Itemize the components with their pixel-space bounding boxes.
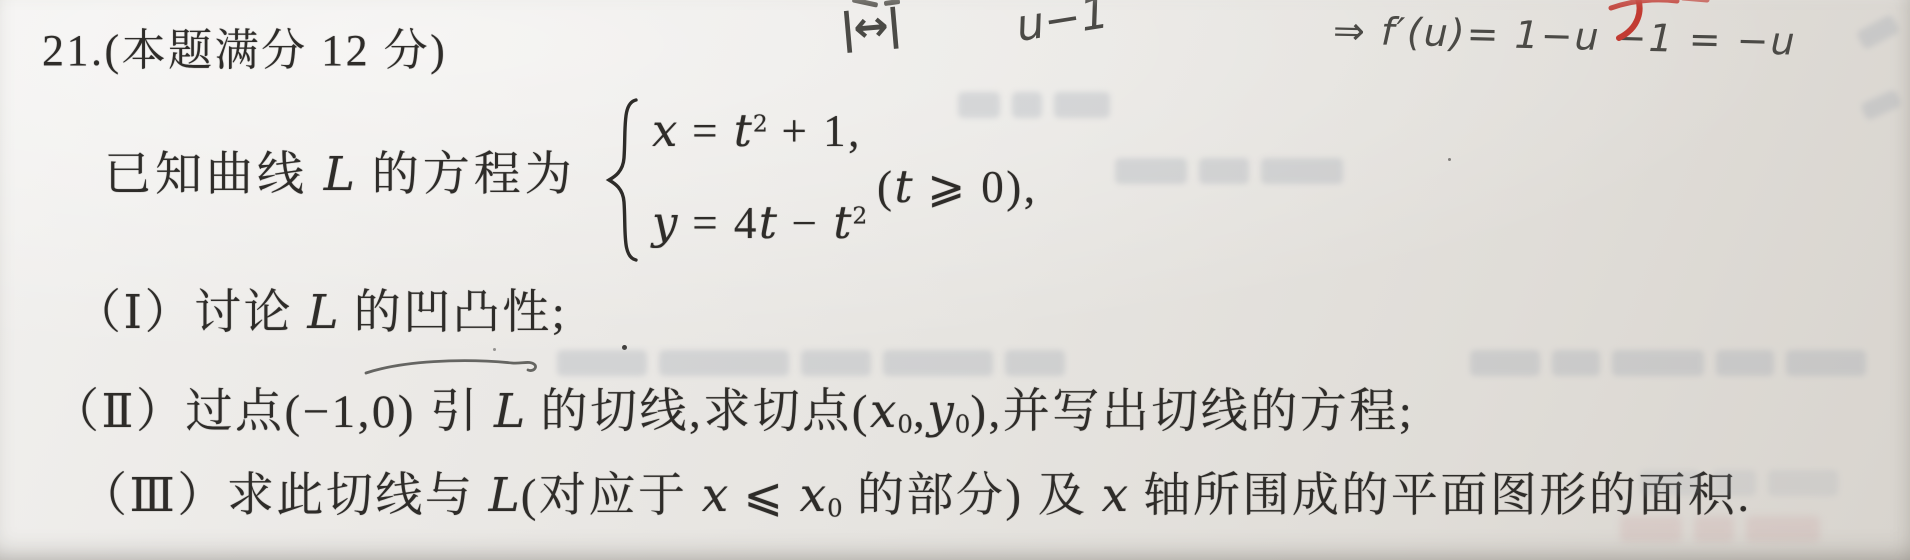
- paper-speck: [1448, 158, 1451, 161]
- bleed-through-ghost: [1856, 14, 1901, 50]
- system-brace: [604, 97, 644, 263]
- text-segment: t: [895, 160, 914, 213]
- statement-intro: 已知曲线 L 的方程为: [104, 149, 576, 202]
- text-segment: x: [652, 104, 678, 157]
- text-segment: −: [778, 198, 833, 248]
- text-segment: x: [870, 384, 898, 439]
- handwritten-mark-left: |↔|: [838, 0, 902, 54]
- bleed-through-ghost: [557, 350, 1065, 376]
- text-segment: ,: [913, 386, 927, 438]
- bleed-through-ghost: [1860, 89, 1902, 121]
- text-segment: （Ⅲ）求此切线与: [80, 470, 489, 522]
- text-segment: =: [678, 106, 733, 156]
- part-3: （Ⅲ）求此切线与 L(对应于 x ⩽ x0 的部分) 及 x 轴所围成的平面图形…: [80, 470, 1752, 523]
- text-segment: x: [1102, 468, 1130, 523]
- pencil-arc-annotation: [362, 352, 546, 382]
- handwritten-mark-mid: u−1: [1013, 0, 1113, 52]
- text-segment: 已知曲线: [104, 149, 324, 201]
- text-segment: = 4: [678, 198, 758, 248]
- red-pen-mark: [1555, 0, 1725, 44]
- text-segment: L: [494, 384, 526, 439]
- text-segment: t: [759, 196, 778, 249]
- text-segment: x: [702, 468, 730, 523]
- text-segment: （Ⅰ）讨论: [74, 287, 307, 339]
- text-segment: t: [833, 196, 852, 249]
- paper-speck: [493, 348, 496, 351]
- text-segment: (: [877, 162, 895, 212]
- text-segment: L: [324, 147, 356, 202]
- text-segment: 2: [852, 202, 867, 230]
- text-segment: 0: [955, 409, 971, 438]
- text-segment: y: [652, 196, 678, 249]
- text-segment: L: [307, 285, 339, 340]
- bleed-through-ghost: [1115, 158, 1343, 184]
- text-segment: 0: [827, 493, 843, 522]
- text-segment: 的凹凸性;: [340, 287, 568, 339]
- text-segment: y: [927, 384, 955, 439]
- equation-x: x = t2 + 1,: [652, 106, 862, 156]
- problem-number: 21.(本题满分 12 分): [42, 26, 447, 75]
- text-segment: 的切线,求切点(: [526, 386, 870, 438]
- text-segment: ⩽: [729, 470, 799, 522]
- text-segment: x: [800, 468, 828, 523]
- bleed-through-ghost: [1640, 470, 1838, 496]
- text-segment: (对应于: [521, 470, 702, 522]
- exam-paper-photo: 21.(本题满分 12 分) 已知曲线 L 的方程为 x = t2 + 1, y…: [0, 0, 1910, 560]
- text-segment: ),并写出切线的方程;: [970, 386, 1414, 438]
- bleed-through-ghost: [958, 92, 1110, 118]
- text-segment: （Ⅱ）过点(−1,0) 引: [52, 386, 494, 438]
- text-segment: ⩾ 0),: [914, 162, 1038, 212]
- text-segment: 的部分) 及: [843, 470, 1102, 522]
- text-segment: 2: [753, 110, 768, 138]
- parameter-condition: (t ⩾ 0),: [877, 162, 1038, 212]
- bleed-through-ghost: [1620, 516, 1820, 542]
- equation-y: y = 4t − t2: [652, 198, 867, 248]
- text-segment: t: [734, 104, 753, 157]
- text-segment: L: [489, 468, 521, 523]
- part-1: （Ⅰ）讨论 L 的凹凸性;: [74, 287, 567, 340]
- text-segment: 的方程为: [356, 149, 576, 201]
- part-2: （Ⅱ）过点(−1,0) 引 L 的切线,求切点(x0,y0),并写出切线的方程;: [52, 386, 1414, 439]
- bleed-through-ghost: [1470, 350, 1866, 376]
- text-segment: + 1,: [768, 106, 862, 156]
- text-segment: 0: [897, 409, 913, 438]
